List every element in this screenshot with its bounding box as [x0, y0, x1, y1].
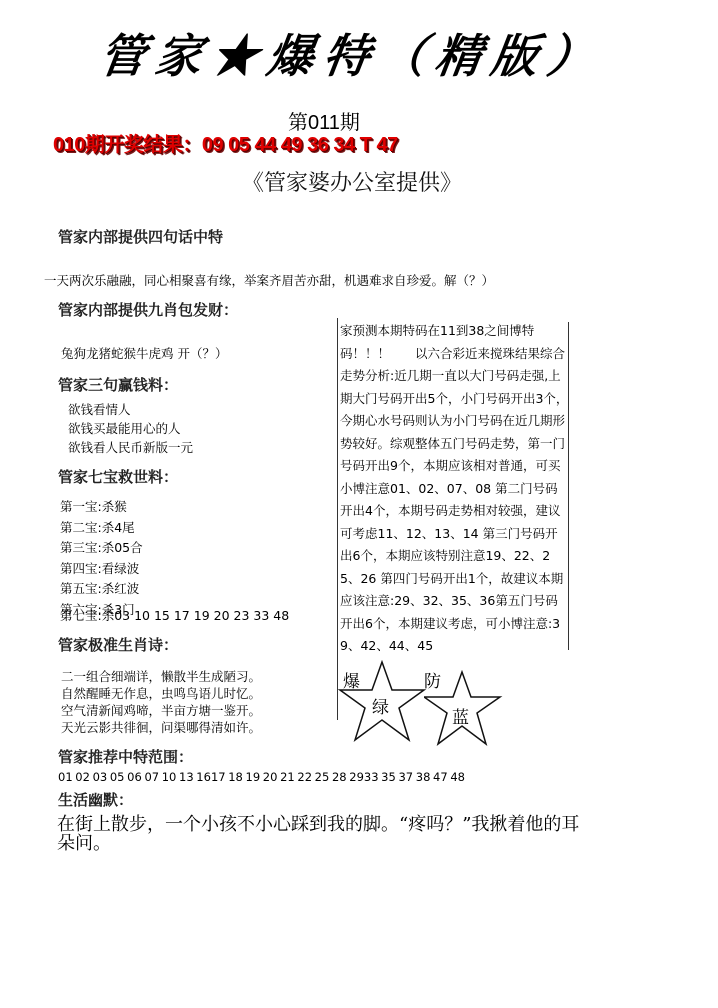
seven-treasures-heading: 管家七宝救世料： — [58, 466, 178, 487]
poem-line: 自然醒睡无作息，虫鸣鸟语儿时忆。 — [61, 685, 261, 702]
treasure-value: 杀05合 — [102, 540, 143, 555]
range-heading: 管家推荐中特范围： — [58, 746, 193, 767]
four-sentences-heading: 管家内部提供四句话中特 — [58, 226, 223, 247]
poem-line: 空气清新闻鸡啼，半亩方塘一鉴开。 — [61, 702, 261, 719]
bao-value: 绿 — [372, 693, 389, 718]
last-draw-result: 010期开奖结果：09 05 44 49 36 34 T 47 — [53, 128, 398, 157]
three-sentences-heading: 管家三句赢钱料： — [58, 374, 178, 395]
treasure-value: 看绿波 — [102, 561, 140, 576]
treasure-label: 第三宝: — [60, 540, 102, 555]
range-numbers: 01 02 03 05 06 07 10 13 1617 18 19 20 21… — [58, 770, 465, 784]
provider-credit: 《管家婆办公室提供》 — [242, 166, 462, 197]
nine-zodiac-heading: 管家内部提供九肖包发财： — [58, 299, 238, 320]
bao-label: 爆 — [343, 667, 360, 692]
treasure-item: 第四宝:看绿波 — [60, 559, 139, 580]
treasure-item: 第二宝:杀4尾 — [60, 518, 135, 539]
humor-text: 在街上散步，一个小孩不小心踩到我的脚。“疼吗？”我揪着他的耳朵问。 — [57, 815, 597, 853]
zodiac-poem-heading: 管家极准生肖诗： — [58, 634, 178, 655]
poem-line: 二一组合细端详，懒散半生成陋习。 — [61, 668, 261, 685]
analysis-panel-text: 家预测本期特码在11到38之间博特码！！！ 以六合彩近来搅珠结果综合走势分析:近… — [340, 320, 570, 658]
treasure-label: 第四宝: — [60, 561, 102, 576]
poem-line: 天光云影共徘徊，问渠哪得清如许。 — [61, 719, 261, 736]
four-sentences-text: 一天两次乐融融，同心相聚喜有缘，举案齐眉苦亦甜，机遇难求自珍爱。解（？） — [44, 271, 494, 289]
nine-zodiac-text: 兔狗龙猪蛇猴牛虎鸡 开（？） — [61, 344, 227, 362]
page-title: 管家★爆特（精版） — [95, 20, 608, 86]
treasure-item: 第三宝:杀05合 — [60, 538, 143, 559]
fang-label: 防 — [424, 667, 441, 692]
treasure-label: 第二宝: — [60, 520, 102, 535]
treasure-value: 杀03 10 15 17 19 20 23 33 48 — [102, 608, 289, 623]
treasure-value: 杀红波 — [102, 581, 140, 596]
treasure-label: 第五宝: — [60, 581, 102, 596]
treasure-label: 第一宝: — [60, 499, 102, 514]
treasure-item: 第五宝:杀红波 — [60, 579, 139, 600]
treasure-value: 杀4尾 — [102, 520, 135, 535]
three-sentences-line: 欲钱看情人 — [68, 400, 131, 418]
treasure-label: 第七宝: — [60, 608, 102, 623]
three-sentences-line: 欲钱买最能用心的人 — [68, 419, 181, 437]
three-sentences-line: 欲钱看人民币新版一元 — [68, 438, 193, 456]
treasure-item: 第一宝:杀猴 — [60, 497, 127, 518]
treasure-value: 杀猴 — [102, 499, 127, 514]
humor-heading: 生活幽默： — [58, 789, 133, 810]
treasure-item-7: 第七宝:杀03 10 15 17 19 20 23 33 48 — [60, 606, 289, 627]
fang-value: 蓝 — [452, 703, 469, 728]
